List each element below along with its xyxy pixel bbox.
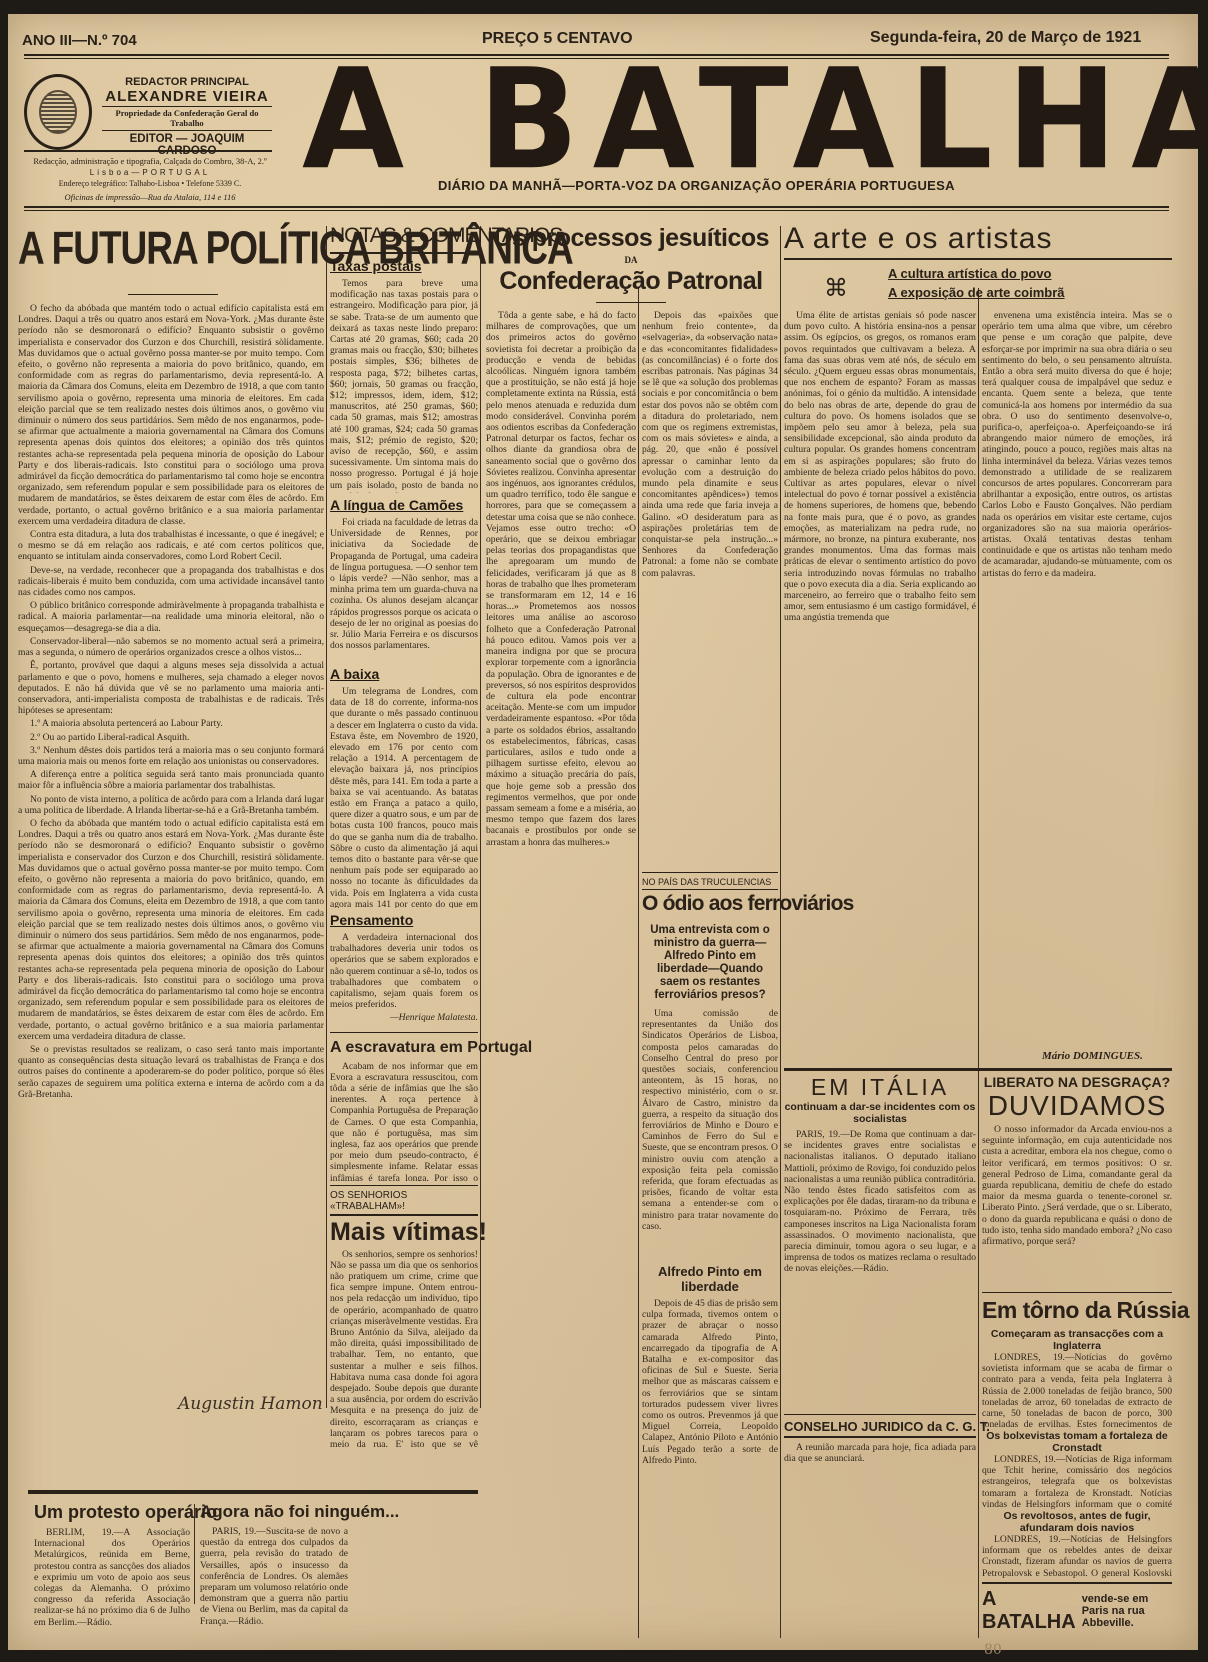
headline: O ódio aos ferroviários xyxy=(642,892,778,916)
headline: EM ITÁLIA xyxy=(784,1074,976,1101)
paragraph: Foi criada na faculdade de letras da Uni… xyxy=(330,517,478,651)
headline-rule xyxy=(596,302,666,303)
paragraph: LONDRES, 19.—Notícias de Helsingfors inf… xyxy=(982,1534,1172,1578)
article-jesuitic: Os processos jesuíticos DA Confederação … xyxy=(484,224,778,303)
editorial-block: REDACTOR PRINCIPAL ALEXANDRE VIEIRA Prop… xyxy=(102,76,272,157)
notice-title: A BATALHA xyxy=(982,1588,1076,1634)
column-divider xyxy=(780,226,781,1638)
address-block: Redacção, administração e tipografia, Ca… xyxy=(22,156,278,203)
headline: Agora não foi ninguém... xyxy=(200,1502,348,1522)
section-title: A língua de Camões xyxy=(330,497,478,513)
headline: Em tôrno da Rússia xyxy=(982,1297,1172,1324)
article-body: Os senhorios, sempre os senhorios! Não s… xyxy=(330,1249,478,1449)
headline: A FUTURA POLÍTICA BRITÂNICA xyxy=(18,222,324,275)
sub-headline: Os revoltosos, antes de fugir, afundaram… xyxy=(982,1510,1172,1534)
section-body: A verdadeira internacional dos trabalhad… xyxy=(330,932,478,1024)
article-body: Acabam de nos informar que em Evora a es… xyxy=(330,1061,478,1181)
article-body: A reunião marcada para hoje, fica adiada… xyxy=(784,1442,976,1464)
paragraph: PARIS, 19.—Suscita-se de novo a questão … xyxy=(200,1526,348,1627)
deck: Uma entrevista com o ministro da guerra—… xyxy=(642,924,778,1002)
paragraph: O nosso informador da Arcada enviou-nos … xyxy=(982,1124,1172,1247)
paragraph: Deve-se, na verdade, reconhecer que a pr… xyxy=(18,565,324,599)
paragraph: O fecho da abóbada que mantém todo o act… xyxy=(18,818,324,1042)
ornament-icon: ⌘ xyxy=(824,274,848,303)
print-shop: Oficinas de impressão—Rua da Atalaia, 11… xyxy=(22,192,278,203)
article-body: LONDRES, 19.—Notícias de Helsingfors inf… xyxy=(982,1534,1172,1578)
masthead-tagline: DIÁRIO DA MANHÃ—PORTA-VOZ DA ORGANIZAÇÃO… xyxy=(438,178,955,193)
notice-text: vende-se em Paris na rua Abbeville. xyxy=(1082,1593,1172,1629)
redactor-name: ALEXANDRE VIEIRA xyxy=(102,88,272,107)
section-rule xyxy=(642,872,778,873)
quote-author: —Henrique Malatesta. xyxy=(330,1012,478,1023)
paragraph: A reunião marcada para hoje, fica adiada… xyxy=(784,1442,976,1464)
masthead-rule-thin xyxy=(24,210,1169,211)
paragraph: Ê, portanto, provável que daqui a alguns… xyxy=(18,660,324,716)
kicker: LIBERATO NA DESGRAÇA? xyxy=(982,1074,1172,1090)
article-column: Tôda a gente sabe, e há do facto milhare… xyxy=(486,310,636,1640)
issue-number: ANO III—N.º 704 xyxy=(22,32,137,49)
article-body: LONDRES, 19.—Notícias do govêrno sovieti… xyxy=(982,1352,1172,1430)
headline: A escravatura em Portugal xyxy=(330,1039,478,1057)
section-body: Temos para breve uma modificação nas tax… xyxy=(330,278,478,493)
paragraph: 2.º Ou ao partido Liberal-radical Asquit… xyxy=(18,732,324,743)
paragraph: O fecho da abóbada que mantém todo o act… xyxy=(18,303,324,527)
paragraph: A verdadeira internacional dos trabalhad… xyxy=(330,932,478,1010)
deck: continuam a dar-se incidentes com os soc… xyxy=(784,1101,976,1125)
section-title: Pensamento xyxy=(330,912,478,928)
article-railway-workers: NO PAÍS DAS TRUCULENCIAS O ódio aos ferr… xyxy=(642,872,778,1616)
headline: DUVIDAMOS xyxy=(982,1090,1172,1122)
article-worker-protest: Um protesto operário BERLIM, 19.—A Assoc… xyxy=(34,1502,190,1630)
article-body: PARIS, 19.—Suscita-se de novo a questão … xyxy=(200,1526,348,1627)
column-divider xyxy=(638,288,639,1638)
deck: A exposição de arte coimbrã xyxy=(888,285,1172,300)
paragraph: Temos para breve uma modificação nas tax… xyxy=(330,278,478,493)
article-column: Uma élite de artistas geniais só pode na… xyxy=(784,310,976,1070)
paragraph: A diferença entre a política seguida ser… xyxy=(18,769,324,791)
batalha-paris-notice: A BATALHA vende-se em Paris na rua Abbev… xyxy=(982,1582,1172,1634)
redactor-label: REDACTOR PRINCIPAL xyxy=(102,76,272,88)
paragraph: envenena uma existência inteira. Mas se … xyxy=(982,310,1172,579)
paragraph: Conservador-liberal—não sabemos se no mo… xyxy=(18,636,324,658)
article-body: Depois de 45 dias de prisão sem culpa fo… xyxy=(642,1298,778,1616)
paragraph: Uma comissão de representantes da União … xyxy=(642,1008,778,1232)
cgt-seal-icon xyxy=(24,74,92,150)
headline: CONSELHO JURIDICO da C. G. T. xyxy=(784,1419,976,1438)
section-rule xyxy=(784,1068,1172,1071)
section-title: A baixa xyxy=(330,666,478,682)
paragraph: Acabam de nos informar que em Evora a es… xyxy=(330,1061,478,1181)
telegraph: Endereço telegráfico: Talhabo-Lisboa • T… xyxy=(22,178,278,189)
article-art: A arte e os artistas ⌘ A cultura artísti… xyxy=(784,222,1172,300)
paragraph: Tôda a gente sabe, e há do facto milhare… xyxy=(486,310,636,848)
paragraph: BERLIM, 19.—A Associação Internacional d… xyxy=(34,1527,190,1628)
paragraph: Os senhorios, sempre os senhorios! Não s… xyxy=(330,1249,478,1449)
headline: Um protesto operário xyxy=(34,1502,190,1523)
paragraph: PARIS, 19.—De Roma que continuam a dar-s… xyxy=(784,1129,976,1275)
headline: Confederação Patronal xyxy=(484,267,778,296)
kicker: NO PAÍS DAS TRUCULENCIAS xyxy=(642,877,778,890)
article-body: Uma comissão de representantes da União … xyxy=(642,1008,778,1258)
signature: Mário DOMINGUES. xyxy=(1042,1050,1143,1062)
paragraph: 3.º Nenhum dêstes dois partidos terá a m… xyxy=(18,745,324,767)
section-rule xyxy=(28,1490,478,1494)
paragraph: O público britânico corresponde admiràve… xyxy=(18,600,324,634)
headline: Os processos jesuíticos xyxy=(484,224,778,253)
masthead-title: A BATALHA xyxy=(302,47,1208,194)
headline: A arte e os artistas xyxy=(784,222,1172,260)
page-mark: 80 xyxy=(984,1642,1002,1658)
paragraph: Uma élite de artistas geniais só pode na… xyxy=(784,310,976,624)
article-body: PARIS, 19.—De Roma que continuam a dar-s… xyxy=(784,1129,976,1391)
article-body: O fecho da abóbada que mantém todo o act… xyxy=(18,303,324,1433)
ownership: Propriedade da Confederação Geral do Tra… xyxy=(102,108,272,131)
sub-headline: Os bolxevistas tomam a fortaleza de Cron… xyxy=(982,1430,1172,1454)
article-liberato: LIBERATO NA DESGRAÇA? DUVIDAMOS O nosso … xyxy=(982,1074,1172,1290)
headline-connector: DA xyxy=(484,255,778,265)
article-british-politics: A FUTURA POLÍTICA BRITÂNICA O fecho da a… xyxy=(18,222,324,1433)
paragraph: Contra esta ditadura, a luta dos trabalh… xyxy=(18,529,324,563)
editor-name: EDITOR — JOAQUIM CARDOSO xyxy=(102,133,272,157)
section-rule xyxy=(982,1292,1172,1293)
headline-rule xyxy=(128,294,218,295)
article-body: BERLIM, 19.—A Associação Internacional d… xyxy=(34,1527,190,1628)
article-body: O nosso informador da Arcada enviou-nos … xyxy=(982,1124,1172,1290)
article-legal-council: CONSELHO JURIDICO da C. G. T. A reunião … xyxy=(784,1414,976,1466)
column-headline: NOTAS & COMENTARIOS xyxy=(330,224,478,254)
paragraph: No ponto de vista interno, a política de… xyxy=(18,794,324,816)
paragraph: Depois das «paixões que nenhum freio con… xyxy=(642,310,778,579)
sub-headline: Começaram as transacções com a Inglaterr… xyxy=(982,1328,1172,1352)
section-body: Um telegrama de Londres, com data de 18 … xyxy=(330,686,478,908)
paragraph: Se o previstas resultados se realizam, o… xyxy=(18,1044,324,1100)
section-rule xyxy=(784,1414,976,1415)
paragraph: 1.º A maioria absoluta pertencerá ao Lab… xyxy=(18,718,324,729)
paragraph: LONDRES, 19.—Notícias do govêrno sovieti… xyxy=(982,1352,1172,1430)
signature: Augustin Hamon xyxy=(178,1394,323,1414)
section-title: Taxas postais xyxy=(330,258,478,274)
masthead-rule xyxy=(24,206,1169,208)
column-divider xyxy=(326,226,327,1408)
article-russia: Em tôrno da Rússia Começaram as transacç… xyxy=(982,1292,1172,1578)
paragraph: Um telegrama de Londres, com data de 18 … xyxy=(330,686,478,908)
section-rule xyxy=(330,1185,478,1186)
article-body: LONDRES, 19.—Notícias de Riga informam q… xyxy=(982,1454,1172,1510)
address: Redacção, administração e tipografia, Ca… xyxy=(22,156,278,167)
paragraph: Depois de 45 dias de prisão sem culpa fo… xyxy=(642,1298,778,1466)
paragraph: LONDRES, 19.—Notícias de Riga informam q… xyxy=(982,1454,1172,1510)
sub-headline: Alfredo Pinto em liberdade xyxy=(642,1264,778,1294)
headline: Mais vítimas! xyxy=(330,1218,478,1247)
article-column: envenena uma existência inteira. Mas se … xyxy=(982,310,1172,1046)
column-notas: NOTAS & COMENTARIOS Taxas postais Temos … xyxy=(330,224,478,1449)
article-column: Depois das «paixões que nenhum freio con… xyxy=(642,310,778,866)
block-rule xyxy=(24,150,272,152)
newspaper-page: ANO III—N.º 704 PREÇO 5 CENTAVO Segunda-… xyxy=(8,14,1198,1650)
section-body: Foi criada na faculdade de letras da Uni… xyxy=(330,517,478,662)
city: Lisboa—PORTUGAL xyxy=(22,167,278,178)
article-italy: EM ITÁLIA continuam a dar-se incidentes … xyxy=(784,1074,976,1391)
kicker: OS SENHORIOS «TRABALHAM»! xyxy=(330,1190,478,1216)
section-rule xyxy=(330,1032,478,1033)
column-divider xyxy=(194,1504,195,1604)
deck: A cultura artística do povo xyxy=(888,266,1172,281)
article-nobody: Agora não foi ninguém... PARIS, 19.—Susc… xyxy=(200,1502,348,1629)
column-divider xyxy=(978,288,979,1638)
